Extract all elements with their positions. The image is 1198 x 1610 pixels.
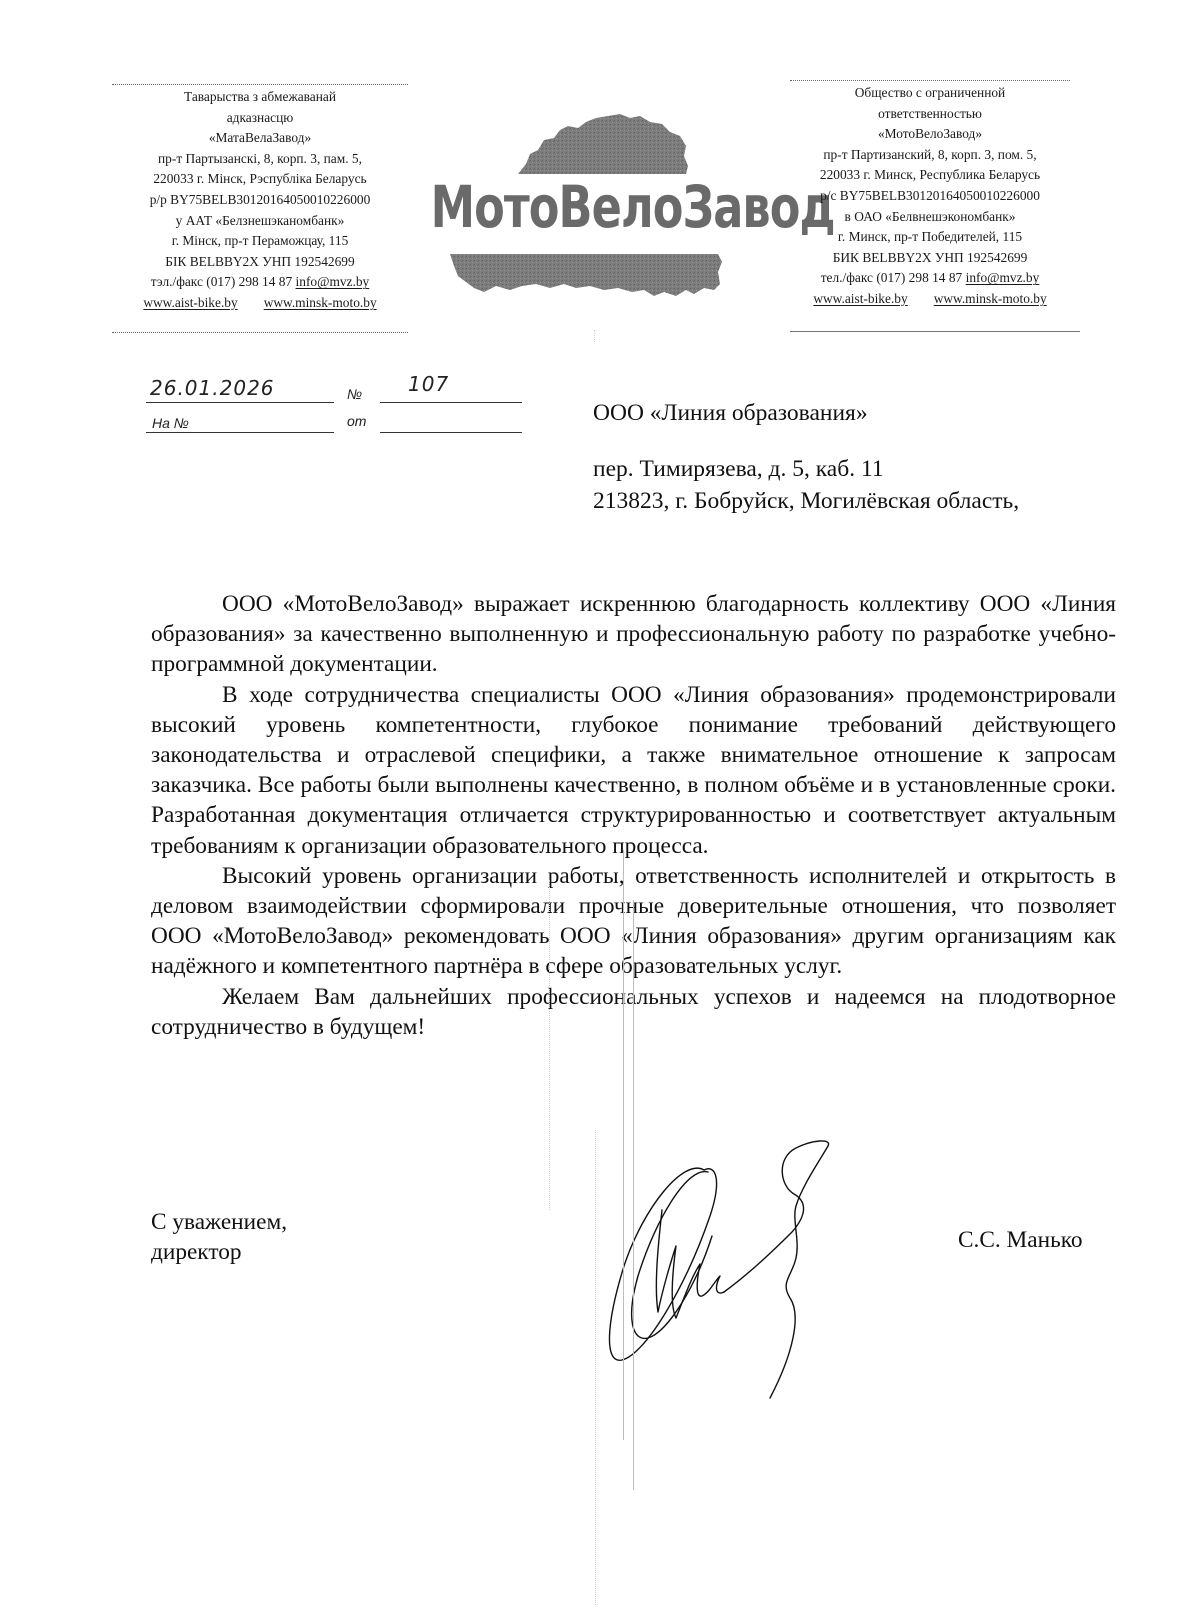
lh-left-line: адказнасцю [108,108,412,129]
reply-from-date-label: от [347,413,366,429]
closing-salutation: С уважением, [151,1207,287,1237]
outgoing-date-value: 26.01.2026 [150,376,275,400]
scan-artifact-line [549,880,550,1210]
outgoing-number-value: 107 [408,372,449,396]
lh-right-line: «МотоВелоЗавод» [774,124,1086,145]
letterhead-right-bottom-rule [790,331,1080,332]
lh-left-line: у ААТ «Белзнешэканомбанк» [108,211,412,232]
lh-left-line: БІК BELBBY2X УНП 192542699 [108,252,412,273]
scan-artifact-line [595,1130,596,1605]
addressee-street: пер. Тимирязева, д. 5, каб. 11 [593,454,884,484]
map-upper-icon [518,114,688,174]
lh-right-line: БИК BELBBY2X УНП 192542699 [774,248,1086,269]
lh-left-line: р/р BY75BELB30120164050010226000 [108,190,412,211]
lh-right-line: 220033 г. Минск, Республика Беларусь [774,165,1086,186]
lh-left-line: 220033 г. Мінск, Рэспубліка Беларусь [108,169,412,190]
outgoing-date-line [146,402,334,403]
handwritten-signature-icon [596,1136,836,1406]
lh-left-line: г. Мінск, пр-т Пераможцау, 115 [108,231,412,252]
lh-right-line: ответственностью [774,104,1086,125]
lh-right-line: р/с BY75BELB30120164050010226000 [774,186,1086,207]
lh-right-line: в ОАО «Белвнешэкономбанк» [774,207,1086,228]
lh-right-phone-line: тел./факс (017) 298 14 87 info@mvz.by [774,268,1086,289]
outgoing-number-line [380,402,522,403]
reply-from-date-line [380,432,522,433]
signer-name: С.С. Манько [958,1227,1082,1254]
letterhead-right-block: Общество с ограниченной ответственностью… [774,83,1086,310]
lh-right-phone: тел./факс (017) 298 14 87 [821,270,966,285]
letterhead-left-bottom-rule [112,332,408,333]
lh-left-line: «МатаВелаЗавод» [108,128,412,149]
lh-right-line: г. Минск, пр-т Победителей, 115 [774,227,1086,248]
letterhead-left-top-rule [112,84,408,85]
lh-left-email-link[interactable]: info@mvz.by [296,274,370,289]
lh-right-line: пр-т Партизанский, 8, корп. 3, пом. 5, [774,145,1086,166]
logo-wordmark: МотоВелоЗавод [431,174,766,241]
addressee-organization: ООО «Линия образования» [593,398,868,428]
signer-position: директор [151,1237,287,1267]
lh-left-websites: www.aist-bike.bywww.minsk-moto.by [108,293,412,314]
reply-to-number-line [146,432,334,433]
company-logo: МотоВелоЗавод [418,112,778,332]
closing-block: С уважением, директор [151,1207,287,1267]
body-paragraph-cooperation: В ходе сотрудничества специалисты ООО «Л… [151,680,1116,861]
lh-left-website-aist[interactable]: www.aist-bike.by [143,295,237,310]
scan-artifact-line [623,850,624,1440]
map-lower-icon [450,254,722,296]
lh-left-line: Таварыства з абмежаванай [108,87,412,108]
letterhead-left-block: Таварыства з абмежаванай адказнасцю «Мат… [108,87,412,314]
lh-right-line: Общество с ограниченной [774,83,1086,104]
lh-right-website-minsk-moto[interactable]: www.minsk-moto.by [934,291,1047,306]
lh-right-email-link[interactable]: info@mvz.by [966,270,1040,285]
lh-right-website-aist[interactable]: www.aist-bike.by [813,291,907,306]
scan-artifact-line [594,330,595,342]
letterhead-right-top-rule [790,80,1070,81]
lh-left-phone: тэл./факс (017) 298 14 87 [151,274,296,289]
lh-right-websites: www.aist-bike.bywww.minsk-moto.by [774,289,1086,310]
body-paragraph-gratitude: ООО «МотоВелоЗавод» выражает искреннюю б… [151,589,1116,680]
lh-left-line: пр-т Партызанскі, 8, корп. 3, пам. 5, [108,149,412,170]
lh-left-website-minsk-moto[interactable]: www.minsk-moto.by [264,295,377,310]
lh-left-phone-line: тэл./факс (017) 298 14 87 info@mvz.by [108,272,412,293]
scan-artifact-line [633,900,634,1490]
outgoing-number-label: № [347,386,362,402]
addressee-city: 213823, г. Бобруйск, Могилёвская область… [593,486,1019,516]
reply-to-number-label: На № [152,415,189,431]
